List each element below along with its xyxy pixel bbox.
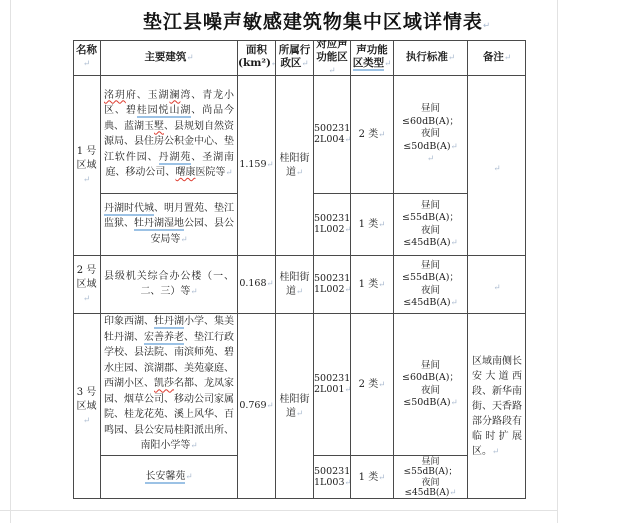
cell-region3a-standard: 昼间 ≤60dB(A)； 夜间 ≤50dB(A)↵ xyxy=(393,313,467,455)
region1b-buildings: 丹湖时代城、明月置苑、垫江监狱、牡丹湖湿地公园、县公安局等 xyxy=(104,203,234,245)
cell-region1a-zone: 500231 2L004↵ xyxy=(313,75,350,193)
region1b-zone-type: 1 类 xyxy=(359,219,379,230)
cell-region3-note: 区域南侧长安大道西段、新华南街、天香路部分路段有临时扩展区。↵ xyxy=(467,313,526,499)
cell-region2-zone: 500231 1L002↵ xyxy=(313,255,350,313)
blue-marked-text: 长安馨苑 xyxy=(145,471,185,484)
header-cell-buildings: 主要建筑↵ xyxy=(100,40,237,75)
pilcrow-mark: ↵ xyxy=(378,280,385,290)
header-cell-standard: 执行标准↵ xyxy=(393,40,467,75)
page-title: 垫江县噪声敏感建筑物集中区域详情表↵ xyxy=(0,7,634,34)
header-cell-district: 所属行 政区↵ xyxy=(275,40,313,75)
pilcrow-mark: ↵ xyxy=(451,298,458,308)
region2-zone-type: 1 类 xyxy=(359,279,379,290)
cell-region3a-zone: 500231 2L001↵ xyxy=(313,313,350,455)
pilcrow-mark: ↵ xyxy=(296,168,303,178)
text-segment: 府、玉湖 xyxy=(126,90,170,101)
pilcrow-mark: ↵ xyxy=(296,287,303,297)
pilcrow-mark: ↵ xyxy=(267,401,274,411)
pilcrow-mark: ↵ xyxy=(190,441,197,451)
pilcrow-mark: ↵ xyxy=(83,59,90,69)
cell-region3-district: 桂阳街 道↵ xyxy=(275,313,313,499)
text-segment: 医院等 xyxy=(195,167,225,178)
region3-district: 桂阳街 道 xyxy=(280,394,310,419)
header-note-label: 备注 xyxy=(483,51,504,63)
cell-region1-district: 桂阳街 道↵ xyxy=(275,75,313,255)
region3a-buildings: 印象西湖、牡丹湖小学、集美牡丹湖、宏善养老、垫江行政学校、县法院、南滨师苑、碧水… xyxy=(104,316,234,451)
pilcrow-mark: ↵ xyxy=(384,59,391,69)
region3-name: 3 号 区域 xyxy=(77,387,97,412)
cell-region3b-buildings: 长安馨苑↵ xyxy=(100,455,237,499)
header-standard-label: 执行标准 xyxy=(406,51,448,63)
region2-name: 2 号 区域 xyxy=(77,265,97,290)
region1-area: 1.159 xyxy=(239,159,266,170)
header-cell-zone-type: 声功能 区类型↵ xyxy=(350,40,393,75)
pilcrow-mark: ↵ xyxy=(83,416,90,426)
page-edge-line-left xyxy=(10,0,11,523)
cell-region1b-standard: 昼间 ≤55dB(A)； 夜间 ≤45dB(A)↵ xyxy=(393,193,467,255)
pilcrow-mark: ↵ xyxy=(483,21,491,31)
pilcrow-mark: ↵ xyxy=(492,447,499,457)
cell-region1b-zone: 500231 1L002↵ xyxy=(313,193,350,255)
cell-region2-area: 0.168↵ xyxy=(237,255,275,313)
pilcrow-mark: ↵ xyxy=(449,488,456,498)
cell-region3-name: 3 号 区域↵ xyxy=(73,313,100,499)
blue-marked-text: 丹湖苑 xyxy=(159,152,192,165)
blue-marked-text: 宏善养老 xyxy=(144,332,184,345)
header-zone-type-label: 声功能 区类型 xyxy=(353,44,388,71)
cell-region3b-zone: 500231 1L003↵ xyxy=(313,455,350,499)
pilcrow-mark: ↵ xyxy=(267,160,274,170)
header-cell-area: 面积 (km²)↵ xyxy=(237,40,275,75)
pilcrow-mark: ↵ xyxy=(378,380,385,390)
header-cell-note: 备注↵ xyxy=(467,40,526,75)
page-edge-line-right xyxy=(557,0,558,523)
cell-region2-note: ↵ xyxy=(467,255,526,313)
cell-region1-name: 1 号 区域↵ xyxy=(73,75,100,255)
red-marked-text: 澜 xyxy=(169,90,180,101)
header-area-label: 面积 (km²) xyxy=(238,44,271,69)
pilcrow-mark: ↵ xyxy=(451,142,458,152)
region2-area: 0.168 xyxy=(239,278,266,289)
cell-region1b-zone-type: 1 类↵ xyxy=(350,193,393,255)
region1-name: 1 号 区域 xyxy=(77,146,97,171)
region1a-zone-type: 2 类 xyxy=(359,129,379,140)
pilcrow-mark: ↵ xyxy=(493,283,500,293)
pilcrow-mark: ↵ xyxy=(301,59,308,69)
pilcrow-mark: ↵ xyxy=(451,398,458,408)
pilcrow-mark: ↵ xyxy=(378,130,385,140)
cell-region3b-zone-type: 1 类↵ xyxy=(350,455,393,499)
cell-region1a-zone-type: 2 类↵ xyxy=(350,75,393,193)
pilcrow-mark: ↵ xyxy=(448,53,455,63)
blue-marked-text: 牡丹湖 xyxy=(154,316,184,329)
region3-note: 区域南侧长安大道西段、新华南街、天香路部分路段有临时扩展区。 xyxy=(472,356,522,457)
cell-region3b-standard: 昼间 ≤55dB(A)； 夜间 ≤45dB(A)↵ xyxy=(393,455,467,499)
region3a-zone-type: 2 类 xyxy=(359,379,379,390)
cell-region1b-buildings: 丹湖时代城、明月置苑、垫江监狱、牡丹湖湿地公园、县公安局等↵ xyxy=(100,193,237,255)
red-marked-text: 凯莎 xyxy=(154,378,174,389)
region3-area: 0.769 xyxy=(239,400,266,411)
pilcrow-mark: ↵ xyxy=(427,154,434,164)
cell-region2-standard: 昼间 ≤55dB(A)； 夜间 ≤45dB(A)↵ xyxy=(393,255,467,313)
pilcrow-mark: ↵ xyxy=(493,164,500,174)
cell-region3a-zone-type: 2 类↵ xyxy=(350,313,393,455)
blue-marked-text: 牡丹湖湿地 xyxy=(134,218,184,231)
region2-buildings: 县级机关综合办公楼（一、二、三）等 xyxy=(104,271,234,298)
pilcrow-mark: ↵ xyxy=(186,53,193,63)
cell-region3-area: 0.769↵ xyxy=(237,313,275,499)
red-marked-text: 曙康 xyxy=(175,167,195,178)
cell-region1a-buildings: 洺玥府、玉湖澜湾、青龙小区、碧桂园悦山湖、尚品今典、蓝湖玉墅、县规划自然资源局、… xyxy=(100,75,237,193)
pilcrow-mark: ↵ xyxy=(83,294,90,304)
red-marked-text: 洺玥 xyxy=(104,90,126,101)
red-marked-text: 墅 xyxy=(154,121,164,132)
pilcrow-mark: ↵ xyxy=(267,279,274,289)
pilcrow-mark: ↵ xyxy=(190,287,197,297)
header-zone-label: 对应声 功能区 xyxy=(316,40,348,63)
text-segment: 印象西湖、 xyxy=(104,316,154,327)
pilcrow-mark: ↵ xyxy=(504,53,511,63)
pilcrow-mark: ↵ xyxy=(378,473,385,483)
blue-marked-text: 区类型 xyxy=(353,57,385,71)
document-page: 垫江县噪声敏感建筑物集中区域详情表↵ 名称↵ 主要建筑↵ 面积 (km²)↵ 所… xyxy=(0,0,640,523)
pilcrow-mark: ↵ xyxy=(296,409,303,419)
pilcrow-mark: ↵ xyxy=(451,238,458,248)
blue-marked-text: 丹湖时代城 xyxy=(104,203,154,216)
cell-region2-buildings: 县级机关综合办公楼（一、二、三）等↵ xyxy=(100,255,237,313)
header-name-label: 名称 xyxy=(76,44,97,56)
header-cell-name: 名称↵ xyxy=(73,40,100,75)
cell-region2-zone-type: 1 类↵ xyxy=(350,255,393,313)
region2-district: 桂阳街 道 xyxy=(280,272,310,297)
pilcrow-mark: ↵ xyxy=(378,220,385,230)
region3b-zone-type: 1 类 xyxy=(359,472,379,483)
page-edge-line-bottom xyxy=(0,510,557,511)
cell-region3a-buildings: 印象西湖、牡丹湖小学、集美牡丹湖、宏善养老、垫江行政学校、县法院、南滨师苑、碧水… xyxy=(100,313,237,455)
cell-region1a-standard: 昼间 ≤60dB(A)； 夜间 ≤50dB(A)↵↵ xyxy=(393,75,467,193)
blue-marked-text: 桂园悦山湖 xyxy=(137,105,192,118)
region1-district: 桂阳街 道 xyxy=(280,153,310,178)
pilcrow-mark: ↵ xyxy=(225,168,232,178)
page-title-text: 垫江县噪声敏感建筑物集中区域详情表 xyxy=(143,11,483,33)
region3b-buildings: 长安馨苑 xyxy=(145,471,185,484)
text-segment: 声功能 xyxy=(356,44,388,56)
pilcrow-mark: ↵ xyxy=(185,472,192,482)
header-cell-zone: 对应声 功能区↵ xyxy=(313,40,350,75)
pilcrow-mark: ↵ xyxy=(83,175,90,185)
cell-region2-district: 桂阳街 道↵ xyxy=(275,255,313,313)
pilcrow-mark: ↵ xyxy=(180,235,187,245)
pilcrow-mark: ↵ xyxy=(328,66,335,76)
header-buildings-label: 主要建筑 xyxy=(144,51,186,63)
cell-region2-name: 2 号 区域↵ xyxy=(73,255,100,313)
region1a-buildings: 洺玥府、玉湖澜湾、青龙小区、碧桂园悦山湖、尚品今典、蓝湖玉墅、县规划自然资源局、… xyxy=(104,90,234,179)
cell-region1-note: ↵ xyxy=(467,75,526,255)
cell-region1-area: 1.159↵ xyxy=(237,75,275,255)
